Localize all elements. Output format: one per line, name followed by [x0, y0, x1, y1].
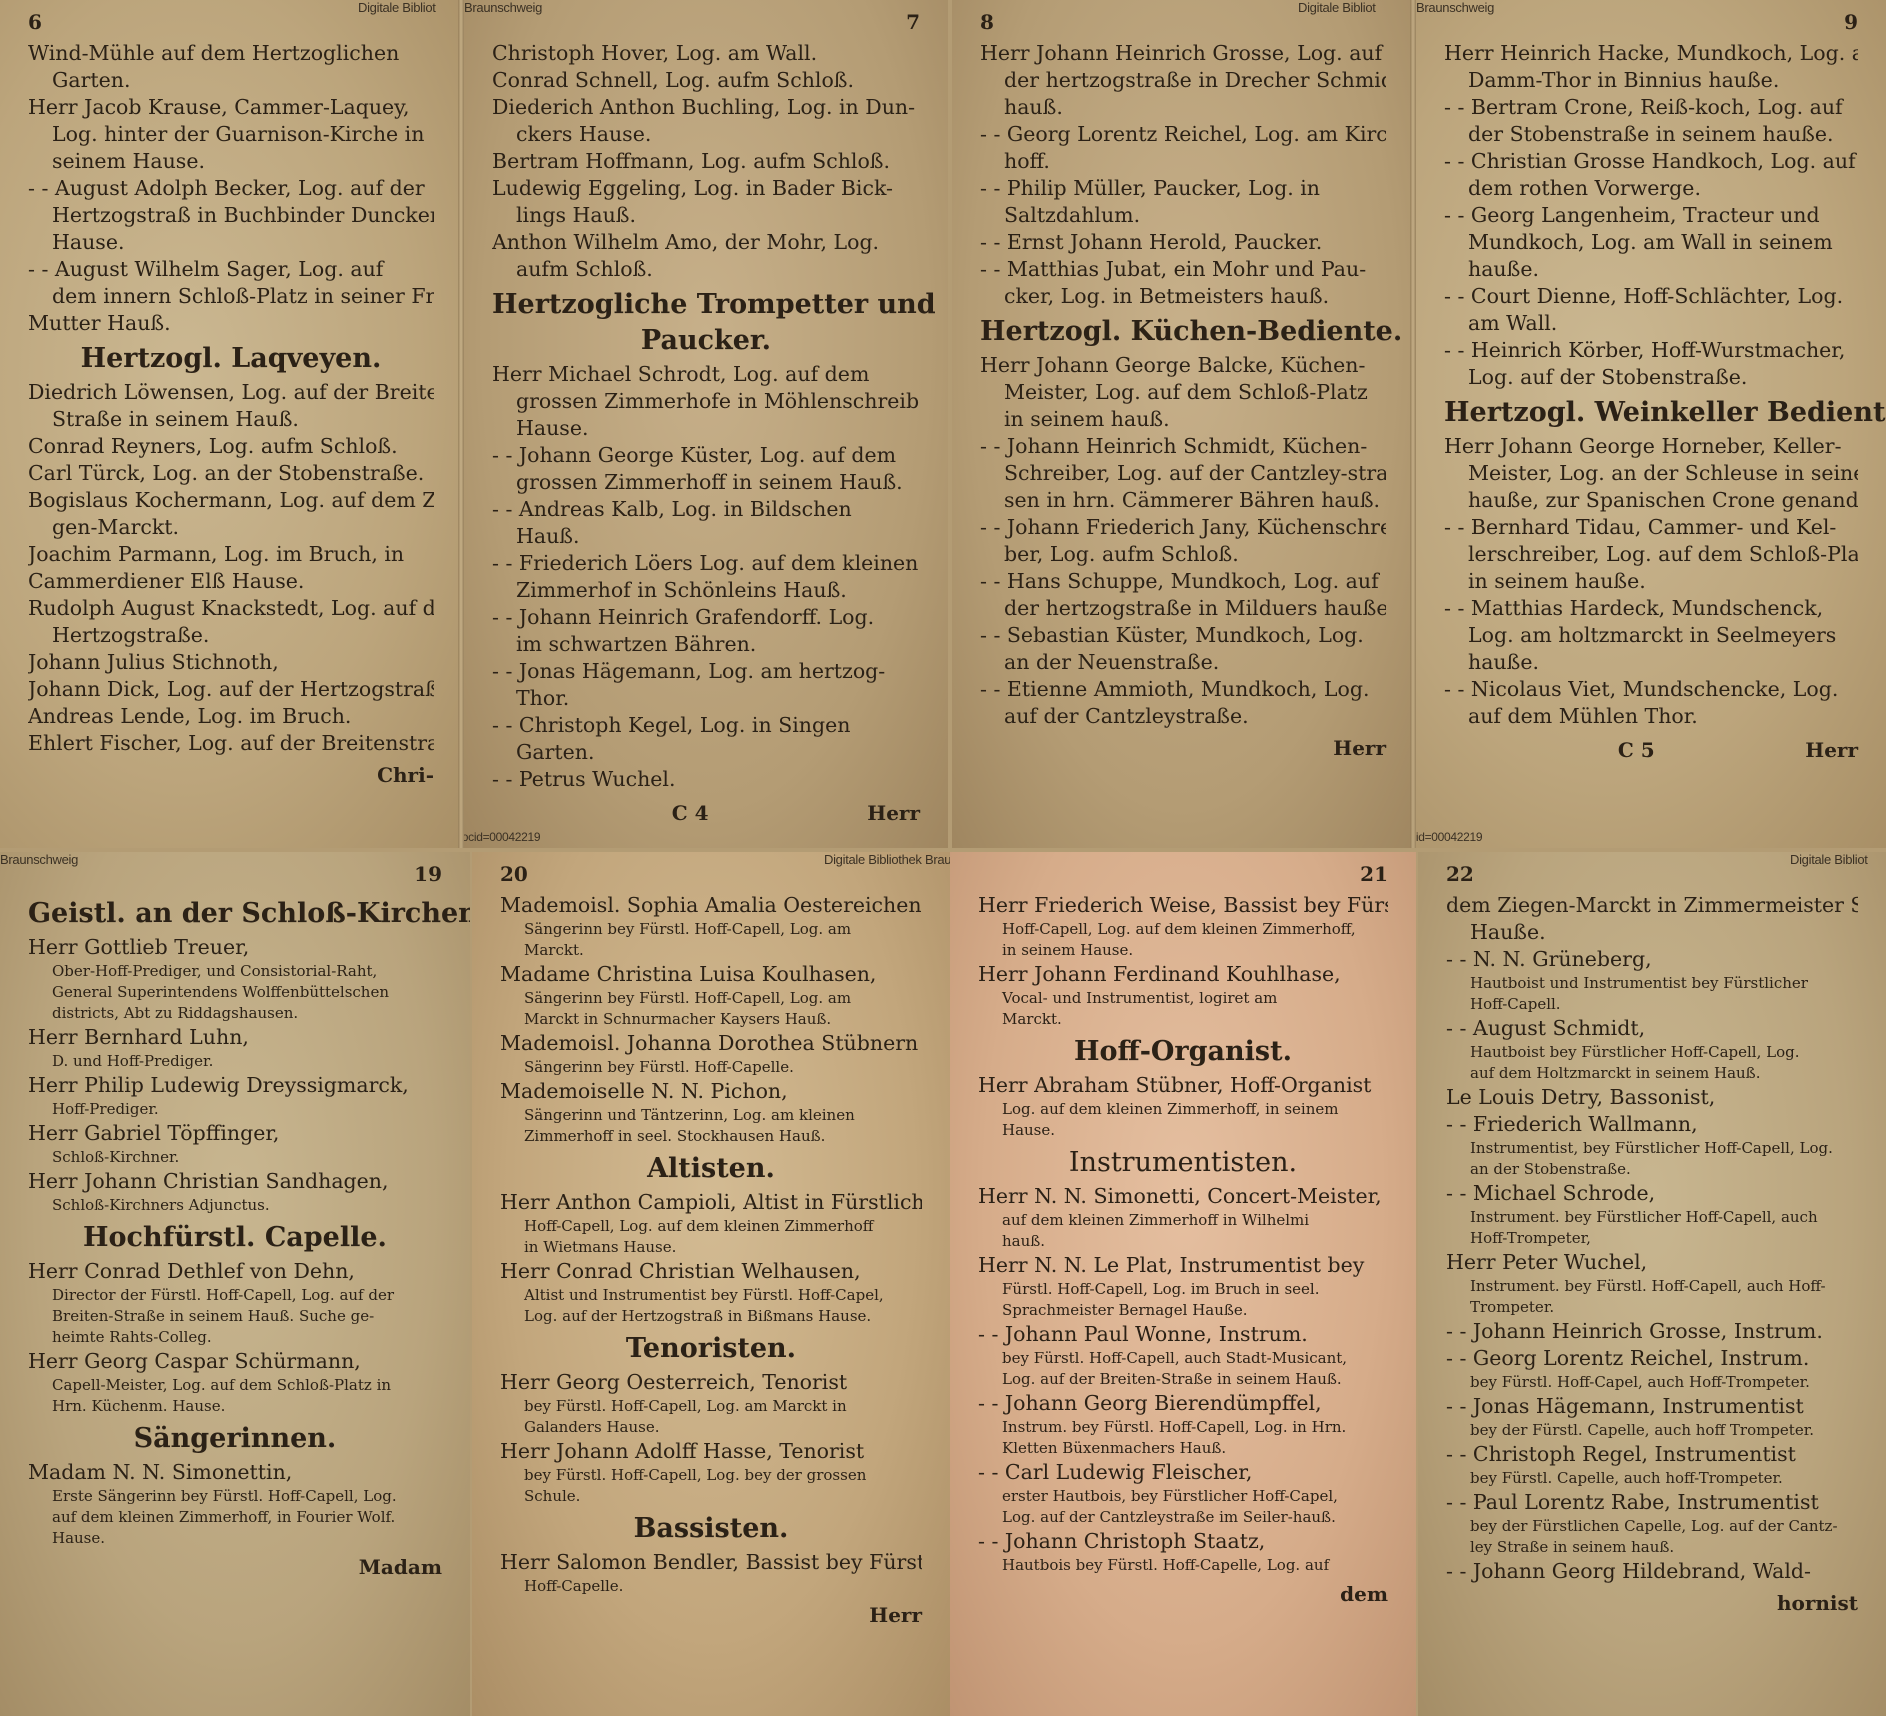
- text-line: - - Georg Lorentz Reichel, Log. am Kirch…: [980, 121, 1386, 148]
- entry-description: Kletten Büxenmachers Hauß.: [978, 1438, 1388, 1459]
- entry-description: Marckt.: [978, 1009, 1388, 1030]
- entry-name: Herr Philip Ludewig Dreyssigmarck,: [28, 1072, 442, 1099]
- entry-name: Herr Conrad Dethlef von Dehn,: [28, 1258, 442, 1285]
- text-line: Mundkoch, Log. am Wall in seinem: [1444, 229, 1858, 256]
- text-line: Saltzdahlum.: [980, 202, 1386, 229]
- text-line: Herr Heinrich Hacke, Mundkoch, Log. am: [1444, 40, 1858, 67]
- entry-description: auf dem kleinen Zimmerhoff in Wilhelmi: [978, 1210, 1388, 1231]
- entry-description: in Wietmans Hause.: [500, 1237, 922, 1258]
- entry-name: Mademoisl. Sophia Amalia Oestereichen: [500, 892, 922, 919]
- text-block: dem Ziegen-Marckt in Zimmermeister Schra…: [1446, 892, 1858, 946]
- text-line: - - Matthias Hardeck, Mundschenck,: [1444, 595, 1858, 622]
- text-line: der hertzogstraße in Drecher Schmidts: [980, 67, 1386, 94]
- section-heading: Hochfürstl. Capelle.: [28, 1220, 442, 1256]
- directory-entry: Le Louis Detry, Bassonist,: [1446, 1084, 1858, 1111]
- text-block: Herr Michael Schrodt, Log. auf demgrosse…: [492, 361, 920, 793]
- text-line: in seinem hauße.: [1444, 568, 1858, 595]
- entry-description: Fürstl. Hoff-Capell, Log. im Bruch in se…: [978, 1279, 1388, 1300]
- entry-description: bey der Fürstl. Capelle, auch hoff Tromp…: [1446, 1420, 1858, 1441]
- directory-entry: Herr Johann Adolff Hasse, Tenoristbey Fü…: [500, 1438, 922, 1507]
- entry-name: Mademoiselle N. N. Pichon,: [500, 1078, 922, 1105]
- entry-description: Trompeter.: [1446, 1297, 1858, 1318]
- text-line: aufm Schloß.: [492, 256, 920, 283]
- directory-entry: Herr Friederich Weise, Bassist bey Fürst…: [978, 892, 1388, 961]
- text-line: Herr Jacob Krause, Cammer-Laquey,: [28, 94, 434, 121]
- entry-description: Ober-Hoff-Prediger, und Consistorial-Rah…: [28, 961, 442, 982]
- entry-description: bey Fürstl. Hoff-Capell, Log. bey der gr…: [500, 1465, 922, 1486]
- catchword: Madam: [28, 1555, 442, 1579]
- text-line: am Wall.: [1444, 310, 1858, 337]
- directory-entry: - - Christoph Regel, Instrumentistbey Fü…: [1446, 1441, 1858, 1489]
- directory-entry: - - Jonas Hägemann, Instrumentistbey der…: [1446, 1393, 1858, 1441]
- entry-name: Herr Georg Oesterreich, Tenorist: [500, 1369, 922, 1396]
- entry-name: - - Michael Schrode,: [1446, 1180, 1858, 1207]
- text-line: Johann Julius Stichnoth,: [28, 649, 434, 676]
- text-line: Hause.: [492, 415, 920, 442]
- section-heading: Hertzogliche Trompetter und: [492, 287, 920, 323]
- text-line: Rudolph August Knackstedt, Log. auf der: [28, 595, 434, 622]
- entry-description: hauß.: [978, 1231, 1388, 1252]
- text-line: hauße.: [1444, 649, 1858, 676]
- entry-description: General Superintendens Wolffenbüttelsche…: [28, 982, 442, 1003]
- entry-name: Herr Gottlieb Treuer,: [28, 934, 442, 961]
- directory-entry: Madam N. N. Simonettin,Erste Sängerinn b…: [28, 1459, 442, 1549]
- entry-description: Sängerinn und Täntzerinn, Log. am kleine…: [500, 1105, 922, 1126]
- url-watermark: http://www.digibib.tu-bs.de/?docid=00042…: [464, 830, 540, 844]
- entry-name: Madam N. N. Simonettin,: [28, 1459, 442, 1486]
- entry-name: Herr Conrad Christian Welhausen,: [500, 1258, 922, 1285]
- entry-description: Hrn. Küchenm. Hause.: [28, 1396, 442, 1417]
- entry-description: Hoff-Prediger.: [28, 1099, 442, 1120]
- text-line: Conrad Reyners, Log. aufm Schloß.: [28, 433, 434, 460]
- text-line: Mutter Hauß.: [28, 310, 434, 337]
- entry-name: - - Jonas Hägemann, Instrumentist: [1446, 1393, 1858, 1420]
- entry-name: Herr Abraham Stübner, Hoff-Organist: [978, 1072, 1388, 1099]
- page-22: 22 Digitale Bibliot dem Ziegen-Marckt in…: [1418, 852, 1886, 1716]
- directory-entry: Herr Georg Oesterreich, Tenoristbey Fürs…: [500, 1369, 922, 1438]
- entry-description: auf dem Holtzmarckt in seinem Hauß.: [1446, 1063, 1858, 1084]
- url-watermark: http://www.digibib.tu-bs.de/?docid=00042…: [1416, 830, 1482, 844]
- directory-entry: Herr Philip Ludewig Dreyssigmarck,Hoff-P…: [28, 1072, 442, 1120]
- text-line: Anthon Wilhelm Amo, der Mohr, Log.: [492, 229, 920, 256]
- bottom-spread: 19 Braunschweig Geistl. an der Schloß-Ki…: [0, 852, 1886, 1716]
- text-block: Wind-Mühle auf dem HertzoglichenGarten.H…: [28, 40, 434, 337]
- directory-entry: - - Johann Heinrich Grosse, Instrum.: [1446, 1318, 1858, 1345]
- directory-entry: Herr N. N. Le Plat, Instrumentist beyFür…: [978, 1252, 1388, 1321]
- entry-name: - - Carl Ludewig Fleischer,: [978, 1459, 1388, 1486]
- page-text: Herr Johann Heinrich Grosse, Log. aufder…: [952, 0, 1414, 848]
- page-21: 21 Herr Friederich Weise, Bassist bey Fü…: [950, 852, 1416, 1716]
- entry-description: Schloß-Kirchners Adjunctus.: [28, 1195, 442, 1216]
- text-line: Zimmerhof in Schönleins Hauß.: [492, 577, 920, 604]
- entry-name: - - Paul Lorentz Rabe, Instrumentist: [1446, 1489, 1858, 1516]
- text-line: - - Christoph Kegel, Log. in Singen: [492, 712, 920, 739]
- text-line: Johann Dick, Log. auf der Hertzogstraß.: [28, 676, 434, 703]
- text-line: - - Bernhard Tidau, Cammer- und Kel-: [1444, 514, 1858, 541]
- entries-block: Herr Conrad Dethlef von Dehn,Director de…: [28, 1258, 442, 1417]
- text-line: - - Johann George Küster, Log. auf dem: [492, 442, 920, 469]
- text-line: Hauße.: [1446, 919, 1858, 946]
- text-line: - - August Adolph Becker, Log. auf der: [28, 175, 434, 202]
- entry-description: Instrum. bey Fürstl. Hoff-Capell, Log. i…: [978, 1417, 1388, 1438]
- entry-description: Zimmerhoff in seel. Stockhausen Hauß.: [500, 1126, 922, 1147]
- text-block: Herr Johann George Horneber, Keller-Meis…: [1444, 433, 1858, 730]
- text-line: Straße in seinem Hauß.: [28, 406, 434, 433]
- directory-entry: Mademoiselle N. N. Pichon,Sängerinn und …: [500, 1078, 922, 1147]
- entry-description: Instrument. bey Fürstlicher Hoff-Capell,…: [1446, 1207, 1858, 1228]
- catchword: Chri-: [28, 763, 434, 787]
- text-line: - - Court Dienne, Hoff-Schlächter, Log.: [1444, 283, 1858, 310]
- page-text: Christoph Hover, Log. am Wall.Conrad Sch…: [464, 0, 948, 848]
- entry-description: Marckt.: [500, 940, 922, 961]
- text-line: sen in hrn. Cämmerer Bähren hauß.: [980, 487, 1386, 514]
- text-line: Log. auf der Stobenstraße.: [1444, 364, 1858, 391]
- text-line: Herr Michael Schrodt, Log. auf dem: [492, 361, 920, 388]
- text-line: - - August Wilhelm Sager, Log. auf: [28, 256, 434, 283]
- text-line: grossen Zimmerhofe in Möhlenschreibers: [492, 388, 920, 415]
- section-heading: Tenoristen.: [500, 1331, 922, 1367]
- text-line: lings Hauß.: [492, 202, 920, 229]
- section-heading: Hoff-Organist.: [978, 1034, 1388, 1070]
- entry-description: Galanders Hause.: [500, 1417, 922, 1438]
- text-line: auf der Cantzleystraße.: [980, 703, 1386, 730]
- text-line: Log. hinter der Guarnison-Kirche in: [28, 121, 434, 148]
- text-line: - - Bertram Crone, Reiß-koch, Log. auf: [1444, 94, 1858, 121]
- text-line: - - Matthias Jubat, ein Mohr und Pau-: [980, 256, 1386, 283]
- entry-description: bey Fürstl. Hoff-Capell, Log. am Marckt …: [500, 1396, 922, 1417]
- catchword: Herr: [500, 1603, 922, 1627]
- entry-name: Herr Johann Ferdinand Kouhlhase,: [978, 961, 1388, 988]
- page-7: 7 Braunschweig Christoph Hover, Log. am …: [464, 0, 948, 848]
- entry-description: Erste Sängerinn bey Fürstl. Hoff-Capell,…: [28, 1486, 442, 1507]
- directory-entry: Herr Conrad Dethlef von Dehn,Director de…: [28, 1258, 442, 1348]
- page-text: Herr Friederich Weise, Bassist bey Fürst…: [950, 852, 1416, 1716]
- entry-name: - - Georg Lorentz Reichel, Instrum.: [1446, 1345, 1858, 1372]
- directory-entry: - - Johann Christoph Staatz,Hautbois bey…: [978, 1528, 1388, 1576]
- text-line: - - Heinrich Körber, Hoff-Wurstmacher,: [1444, 337, 1858, 364]
- text-line: in seinem hauß.: [980, 406, 1386, 433]
- text-line: Christoph Hover, Log. am Wall.: [492, 40, 920, 67]
- entries-block: Herr Abraham Stübner, Hoff-OrganistLog. …: [978, 1072, 1388, 1141]
- text-line: Carl Türck, Log. an der Stobenstraße.: [28, 460, 434, 487]
- directory-entry: - - August Schmidt,Hautboist bey Fürstli…: [1446, 1015, 1858, 1084]
- text-line: grossen Zimmerhoff in seinem Hauß.: [492, 469, 920, 496]
- text-line: - - Ernst Johann Herold, Paucker.: [980, 229, 1386, 256]
- text-block: Diedrich Löwensen, Log. auf der BreitenS…: [28, 379, 434, 757]
- entries-block: Madam N. N. Simonettin,Erste Sängerinn b…: [28, 1459, 442, 1549]
- entry-description: Log. auf der Hertzogstraß in Bißmans Hau…: [500, 1306, 922, 1327]
- entry-name: Herr N. N. Simonetti, Concert-Meister, L…: [978, 1183, 1388, 1210]
- text-line: Meister, Log. auf dem Schloß-Platz: [980, 379, 1386, 406]
- entry-name: - - Johann Paul Wonne, Instrum.: [978, 1321, 1388, 1348]
- entry-description: Sängerinn bey Fürstl. Hoff-Capell, Log. …: [500, 919, 922, 940]
- page-text: dem Ziegen-Marckt in Zimmermeister Schra…: [1418, 852, 1886, 1716]
- entry-description: Schule.: [500, 1486, 922, 1507]
- text-line: - - Georg Langenheim, Tracteur und: [1444, 202, 1858, 229]
- entry-description: Schloß-Kirchner.: [28, 1147, 442, 1168]
- section-heading: Geistl. an der Schloß-Kirchen.: [28, 896, 442, 932]
- text-line: - - Hans Schuppe, Mundkoch, Log. auf: [980, 568, 1386, 595]
- entry-description: an der Stobenstraße.: [1446, 1159, 1858, 1180]
- text-block: Herr Heinrich Hacke, Mundkoch, Log. amDa…: [1444, 40, 1858, 391]
- section-heading: Altisten.: [500, 1151, 922, 1187]
- directory-entry: Herr Anthon Campioli, Altist in Fürstlic…: [500, 1189, 922, 1258]
- entry-description: Hautbois bey Fürstl. Hoff-Capelle, Log. …: [978, 1555, 1388, 1576]
- signature-line: C 5 Herr: [1444, 738, 1858, 766]
- entry-description: heimte Rahts-Colleg.: [28, 1327, 442, 1348]
- catchword: Herr: [1805, 738, 1858, 762]
- directory-entry: Mademoisl. Johanna Dorothea StübnernSäng…: [500, 1030, 922, 1078]
- text-line: hauße, zur Spanischen Crone genandt.: [1444, 487, 1858, 514]
- section-heading: Bassisten.: [500, 1511, 922, 1547]
- entry-name: - - Johann Georg Hildebrand, Wald-: [1446, 1558, 1858, 1585]
- text-line: - - Sebastian Küster, Mundkoch, Log.: [980, 622, 1386, 649]
- text-line: Wind-Mühle auf dem Hertzoglichen: [28, 40, 434, 67]
- entries-block: Herr Salomon Bendler, Bassist bey Fürstl…: [500, 1549, 922, 1597]
- text-line: Hause.: [28, 229, 434, 256]
- entry-description: Marckt in Schnurmacher Kaysers Hauß.: [500, 1009, 922, 1030]
- directory-entry: Herr Salomon Bendler, Bassist bey Fürstl…: [500, 1549, 922, 1597]
- catchword: hornist: [1446, 1591, 1858, 1615]
- entry-description: Log. auf der Cantzleystraße im Seiler-ha…: [978, 1507, 1388, 1528]
- entry-description: Breiten-Straße in seinem Hauß. Suche ge-: [28, 1306, 442, 1327]
- page-text: Geistl. an der Schloß-Kirchen. Herr Gott…: [0, 852, 470, 1716]
- text-line: Hertzogstraß in Buchbinder Dunckers: [28, 202, 434, 229]
- text-line: dem innern Schloß-Platz in seiner Frau: [28, 283, 434, 310]
- text-line: Ehlert Fischer, Log. auf der Breitenstra…: [28, 730, 434, 757]
- entry-description: Hautboist bey Fürstlicher Hoff-Capell, L…: [1446, 1042, 1858, 1063]
- directory-entry: Herr Abraham Stübner, Hoff-OrganistLog. …: [978, 1072, 1388, 1141]
- entry-name: Herr Gabriel Töpffinger,: [28, 1120, 442, 1147]
- directory-entry: Herr Conrad Christian Welhausen,Altist u…: [500, 1258, 922, 1327]
- text-line: Diederich Anthon Buchling, Log. in Dun-: [492, 94, 920, 121]
- top-spread: 6 Digitale Bibliot Wind-Mühle auf dem He…: [0, 0, 1886, 848]
- entry-description: Hause.: [978, 1120, 1388, 1141]
- entry-description: Instrument. bey Fürstl. Hoff-Capell, auc…: [1446, 1276, 1858, 1297]
- entry-name: - - Johann Georg Bierendümpffel,: [978, 1390, 1388, 1417]
- text-line: Herr Johann Heinrich Grosse, Log. auf: [980, 40, 1386, 67]
- text-line: hoff.: [980, 148, 1386, 175]
- entry-name: - - N. N. Grüneberg,: [1446, 946, 1858, 973]
- text-line: Herr Johann George Balcke, Küchen-: [980, 352, 1386, 379]
- entry-description: ley Straße in seinem hauß.: [1446, 1537, 1858, 1558]
- entry-description: bey Fürstl. Hoff-Capel, auch Hoff-Trompe…: [1446, 1372, 1858, 1393]
- entry-description: erster Hautbois, bey Fürstlicher Hoff-Ca…: [978, 1486, 1388, 1507]
- entry-name: Herr N. N. Le Plat, Instrumentist bey: [978, 1252, 1388, 1279]
- directory-entry: Herr Gottlieb Treuer,Ober-Hoff-Prediger,…: [28, 934, 442, 1024]
- text-line: - - Petrus Wuchel.: [492, 766, 920, 793]
- text-line: - - Etienne Ammioth, Mundkoch, Log.: [980, 676, 1386, 703]
- text-line: - - Jonas Hägemann, Log. am hertzog-: [492, 658, 920, 685]
- entry-description: auf dem kleinen Zimmerhoff, in Fourier W…: [28, 1507, 442, 1528]
- directory-entry: - - Paul Lorentz Rabe, Instrumentistbey …: [1446, 1489, 1858, 1558]
- text-line: der hertzogstraße in Milduers hauße.: [980, 595, 1386, 622]
- entry-description: Hoff-Capell.: [1446, 994, 1858, 1015]
- text-line: ber, Log. aufm Schloß.: [980, 541, 1386, 568]
- text-line: lerschreiber, Log. auf dem Schloß-Platz: [1444, 541, 1858, 568]
- entry-name: Herr Salomon Bendler, Bassist bey Fürstl…: [500, 1549, 922, 1576]
- catchword: dem: [978, 1582, 1388, 1606]
- text-block: Christoph Hover, Log. am Wall.Conrad Sch…: [492, 40, 920, 283]
- entry-name: Herr Friederich Weise, Bassist bey Fürst…: [978, 892, 1388, 919]
- text-line: dem Ziegen-Marckt in Zimmermeister Schra…: [1446, 892, 1858, 919]
- entry-name: Herr Anthon Campioli, Altist in Fürstlic…: [500, 1189, 922, 1216]
- entry-name: - - August Schmidt,: [1446, 1015, 1858, 1042]
- text-line: - - Andreas Kalb, Log. in Bildschen: [492, 496, 920, 523]
- text-line: der Stobenstraße in seinem hauße.: [1444, 121, 1858, 148]
- directory-entry: Mademoisl. Sophia Amalia OestereichenSän…: [500, 892, 922, 961]
- text-line: - - Johann Heinrich Grafendorff. Log.: [492, 604, 920, 631]
- text-line: hauße.: [1444, 256, 1858, 283]
- entry-description: Vocal- und Instrumentist, logiret am: [978, 988, 1388, 1009]
- entry-description: Hause.: [28, 1528, 442, 1549]
- catchword: Herr: [867, 801, 920, 825]
- entry-description: D. und Hoff-Prediger.: [28, 1051, 442, 1072]
- entry-name: Herr Georg Caspar Schürmann,: [28, 1348, 442, 1375]
- directory-entry: Herr Bernhard Luhn,D. und Hoff-Prediger.: [28, 1024, 442, 1072]
- section-heading: Hertzogl. Weinkeller Bediente.: [1444, 395, 1858, 431]
- directory-entry: - - Friederich Wallmann,Instrumentist, b…: [1446, 1111, 1858, 1180]
- entry-description: bey der Fürstlichen Capelle, Log. auf de…: [1446, 1516, 1858, 1537]
- section-heading: Hertzogl. Laqveyen.: [28, 341, 434, 377]
- entry-description: Sängerinn bey Fürstl. Hoff-Capelle.: [500, 1057, 922, 1078]
- section-heading: Sängerinnen.: [28, 1421, 442, 1457]
- entry-name: Le Louis Detry, Bassonist,: [1446, 1084, 1858, 1111]
- entry-description: in seinem Hause.: [978, 940, 1388, 961]
- text-line: ckers Hause.: [492, 121, 920, 148]
- text-line: - - Philip Müller, Paucker, Log. in: [980, 175, 1386, 202]
- entry-name: Mademoisl. Johanna Dorothea Stübnern: [500, 1030, 922, 1057]
- directory-entry: Madame Christina Luisa Koulhasen,Sängeri…: [500, 961, 922, 1030]
- entry-description: bey Fürstl. Capelle, auch hoff-Trompeter…: [1446, 1468, 1858, 1489]
- text-line: - - Johann Heinrich Schmidt, Küchen-: [980, 433, 1386, 460]
- page-9: 9 Braunschweig Herr Heinrich Hacke, Mund…: [1416, 0, 1886, 848]
- entry-name: Herr Johann Adolff Hasse, Tenorist: [500, 1438, 922, 1465]
- text-line: Ludewig Eggeling, Log. in Bader Bick-: [492, 175, 920, 202]
- entry-description: districts, Abt zu Riddagshausen.: [28, 1003, 442, 1024]
- entry-name: Herr Bernhard Luhn,: [28, 1024, 442, 1051]
- entry-name: - - Christoph Regel, Instrumentist: [1446, 1441, 1858, 1468]
- text-line: - - Friederich Löers Log. auf dem kleine…: [492, 550, 920, 577]
- directory-entry: Herr N. N. Simonetti, Concert-Meister, L…: [978, 1183, 1388, 1252]
- signature-line: C 4 Herr: [492, 801, 920, 829]
- directory-entry: - - Georg Lorentz Reichel, Instrum.bey F…: [1446, 1345, 1858, 1393]
- text-line: Log. am holtzmarckt in Seelmeyers: [1444, 622, 1858, 649]
- entry-description: Director der Fürstl. Hoff-Capell, Log. a…: [28, 1285, 442, 1306]
- page-8: 8 Digitale Bibliot Herr Johann Heinrich …: [952, 0, 1414, 848]
- text-line: auf dem Mühlen Thor.: [1444, 703, 1858, 730]
- entry-name: Herr Johann Christian Sandhagen,: [28, 1168, 442, 1195]
- text-line: Meister, Log. an der Schleuse in seinem: [1444, 460, 1858, 487]
- entry-description: Sängerinn bey Fürstl. Hoff-Capell, Log. …: [500, 988, 922, 1009]
- entries-block: Herr Anthon Campioli, Altist in Fürstlic…: [500, 1189, 922, 1327]
- text-line: Conrad Schnell, Log. aufm Schloß.: [492, 67, 920, 94]
- signature-mark: C 4: [672, 801, 709, 825]
- text-line: im schwartzen Bähren.: [492, 631, 920, 658]
- entry-description: Hautboist und Instrumentist bey Fürstlic…: [1446, 973, 1858, 994]
- entry-description: Hoff-Capelle.: [500, 1576, 922, 1597]
- directory-entry: Herr Johann Ferdinand Kouhlhase,Vocal- u…: [978, 961, 1388, 1030]
- directory-entry: Herr Johann Christian Sandhagen,Schloß-K…: [28, 1168, 442, 1216]
- text-line: Cammerdiener Elß Hause.: [28, 568, 434, 595]
- entry-description: Altist und Instrumentist bey Fürstl. Hof…: [500, 1285, 922, 1306]
- directory-entry: - - Johann Georg Hildebrand, Wald-: [1446, 1558, 1858, 1585]
- text-line: Diedrich Löwensen, Log. auf der Breiten: [28, 379, 434, 406]
- text-line: an der Neuenstraße.: [980, 649, 1386, 676]
- section-heading: Hertzogl. Küchen-Bediente.: [980, 314, 1386, 350]
- entry-description: Log. auf dem kleinen Zimmerhoff, in sein…: [978, 1099, 1388, 1120]
- directory-entry: Herr Georg Caspar Schürmann,Capell-Meist…: [28, 1348, 442, 1417]
- text-line: Joachim Parmann, Log. im Bruch, in: [28, 541, 434, 568]
- text-line: cker, Log. in Betmeisters hauß.: [980, 283, 1386, 310]
- entry-name: Herr Peter Wuchel,: [1446, 1249, 1858, 1276]
- text-line: Garten.: [28, 67, 434, 94]
- page-text: Wind-Mühle auf dem HertzoglichenGarten.H…: [0, 0, 462, 848]
- text-line: Hertzogstraße.: [28, 622, 434, 649]
- page-19: 19 Braunschweig Geistl. an der Schloß-Ki…: [0, 852, 470, 1716]
- entry-name: Madame Christina Luisa Koulhasen,: [500, 961, 922, 988]
- entry-description: Sprachmeister Bernagel Hauße.: [978, 1300, 1388, 1321]
- text-block: Herr Johann George Balcke, Küchen-Meiste…: [980, 352, 1386, 730]
- section-heading: Instrumentisten.: [978, 1145, 1388, 1181]
- signature-mark: C 5: [1618, 738, 1655, 762]
- section-heading-cont: Paucker.: [492, 323, 920, 359]
- directory-entry: Herr Gabriel Töpffinger,Schloß-Kirchner.: [28, 1120, 442, 1168]
- directory-entry: - - Johann Georg Bierendümpffel,Instrum.…: [978, 1390, 1388, 1459]
- text-line: - - Johann Friederich Jany, Küchenschrei…: [980, 514, 1386, 541]
- entry-description: Capell-Meister, Log. auf dem Schloß-Plat…: [28, 1375, 442, 1396]
- text-line: gen-Marckt.: [28, 514, 434, 541]
- text-line: seinem Hause.: [28, 148, 434, 175]
- entry-name: - - Friederich Wallmann,: [1446, 1111, 1858, 1138]
- entries-block: Herr Friederich Weise, Bassist bey Fürst…: [978, 892, 1388, 1030]
- text-line: Thor.: [492, 685, 920, 712]
- directory-entry: - - Johann Paul Wonne, Instrum.bey Fürst…: [978, 1321, 1388, 1390]
- text-block: Herr Johann Heinrich Grosse, Log. aufder…: [980, 40, 1386, 310]
- text-line: Bogislaus Kochermann, Log. auf dem Zie-: [28, 487, 434, 514]
- entry-description: Hoff-Capell, Log. auf dem kleinen Zimmer…: [978, 919, 1388, 940]
- entries-block: Mademoisl. Sophia Amalia OestereichenSän…: [500, 892, 922, 1147]
- text-line: dem rothen Vorwerge.: [1444, 175, 1858, 202]
- text-line: Schreiber, Log. auf der Cantzley-straß-: [980, 460, 1386, 487]
- entries-block: - - N. N. Grüneberg,Hautboist und Instru…: [1446, 946, 1858, 1585]
- page-20: 20 Digitale Bibliothek Braunschweig Made…: [472, 852, 950, 1716]
- entry-name: - - Johann Christoph Staatz,: [978, 1528, 1388, 1555]
- directory-entry: - - Michael Schrode,Instrument. bey Fürs…: [1446, 1180, 1858, 1249]
- text-line: Garten.: [492, 739, 920, 766]
- text-line: - - Nicolaus Viet, Mundschencke, Log.: [1444, 676, 1858, 703]
- directory-entry: - - Carl Ludewig Fleischer,erster Hautbo…: [978, 1459, 1388, 1528]
- entry-description: Hoff-Capell, Log. auf dem kleinen Zimmer…: [500, 1216, 922, 1237]
- entries-block: Herr Georg Oesterreich, Tenoristbey Fürs…: [500, 1369, 922, 1507]
- entries-block: Herr Gottlieb Treuer,Ober-Hoff-Prediger,…: [28, 934, 442, 1216]
- page-text: Mademoisl. Sophia Amalia OestereichenSän…: [472, 852, 950, 1716]
- directory-entry: Herr Peter Wuchel,Instrument. bey Fürstl…: [1446, 1249, 1858, 1318]
- entry-description: Log. auf der Breiten-Straße in seinem Ha…: [978, 1369, 1388, 1390]
- text-line: hauß.: [980, 94, 1386, 121]
- entry-description: Hoff-Trompeter,: [1446, 1228, 1858, 1249]
- page-6: 6 Digitale Bibliot Wind-Mühle auf dem He…: [0, 0, 462, 848]
- text-line: Damm-Thor in Binnius hauße.: [1444, 67, 1858, 94]
- text-line: Hauß.: [492, 523, 920, 550]
- text-line: Herr Johann George Horneber, Keller-: [1444, 433, 1858, 460]
- entry-name: - - Johann Heinrich Grosse, Instrum.: [1446, 1318, 1858, 1345]
- entry-description: bey Fürstl. Hoff-Capell, auch Stadt-Musi…: [978, 1348, 1388, 1369]
- catchword: Herr: [980, 736, 1386, 760]
- text-line: Bertram Hoffmann, Log. aufm Schloß.: [492, 148, 920, 175]
- text-line: - - Christian Grosse Handkoch, Log. auf: [1444, 148, 1858, 175]
- entries-block: Herr N. N. Simonetti, Concert-Meister, L…: [978, 1183, 1388, 1576]
